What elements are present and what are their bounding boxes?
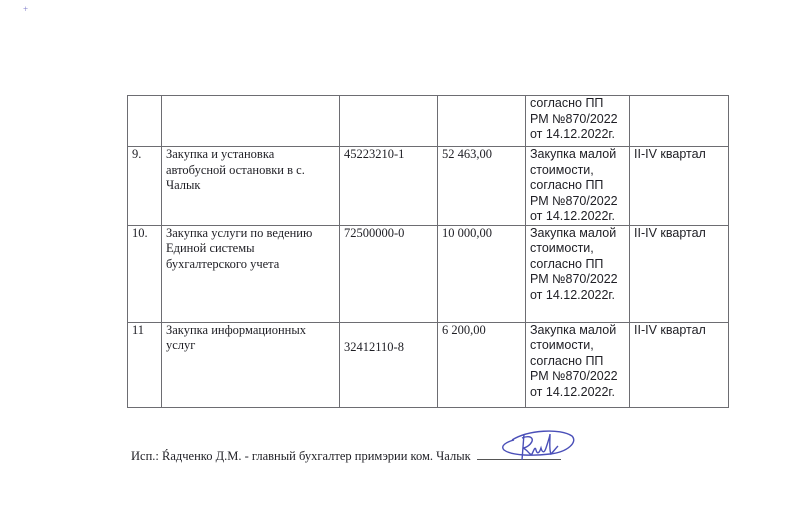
method-line: РМ №870/2022	[530, 369, 625, 385]
cell-sum: 52 463,00	[438, 147, 526, 226]
signature-icon	[498, 426, 578, 466]
table-row: 9. Закупка и установка автобусной остано…	[128, 147, 729, 226]
cpv-code: 32412110-8	[344, 323, 433, 356]
cell-sum	[438, 96, 526, 147]
method-line: Закупка малой	[530, 226, 625, 242]
method-line: согласно ПП	[530, 257, 625, 273]
method-line: согласно ПП	[530, 96, 625, 112]
executor-text: Исп.: Ŕадченко Д.М. - главный бухгалтер …	[131, 449, 471, 463]
cell-term: II-IV квартал	[630, 322, 729, 407]
cell-method: Закупка малой стоимости, согласно ПП РМ …	[526, 147, 630, 226]
method-line: согласно ПП	[530, 354, 625, 370]
cell-name	[162, 96, 340, 147]
method-line: согласно ПП	[530, 178, 625, 194]
cell-name: Закупка услуги по ведению Единой системы…	[162, 225, 340, 322]
cell-term: II-IV квартал	[630, 147, 729, 226]
method-line: от 14.12.2022г.	[530, 209, 625, 225]
cell-cpv: 72500000-0	[340, 225, 438, 322]
cell-method: согласно ПП РМ №870/2022 от 14.12.2022г.	[526, 96, 630, 147]
method-line: от 14.12.2022г.	[530, 288, 625, 304]
method-line: от 14.12.2022г.	[530, 385, 625, 401]
method-line: РМ №870/2022	[530, 194, 625, 210]
cell-number: 9.	[128, 147, 162, 226]
cell-number: 11	[128, 322, 162, 407]
method-line: стоимости,	[530, 163, 625, 179]
cell-cpv: 32412110-8	[340, 322, 438, 407]
table-row: 10. Закупка услуги по ведению Единой сис…	[128, 225, 729, 322]
cell-cpv: 45223210-1	[340, 147, 438, 226]
cell-name: Закупка и установка автобусной остановки…	[162, 147, 340, 226]
method-line: Закупка малой	[530, 147, 625, 163]
cell-number	[128, 96, 162, 147]
table-row: 11 Закупка информационных услуг 32412110…	[128, 322, 729, 407]
method-line: Закупка малой	[530, 323, 625, 339]
method-line: стоимости,	[530, 241, 625, 257]
scan-corner-mark-icon: +	[23, 6, 29, 12]
executor-footer: Исп.: Ŕадченко Д.М. - главный бухгалтер …	[131, 449, 561, 464]
cell-sum: 10 000,00	[438, 225, 526, 322]
cell-method: Закупка малой стоимости, согласно ПП РМ …	[526, 322, 630, 407]
table-row-continued: согласно ПП РМ №870/2022 от 14.12.2022г.	[128, 96, 729, 147]
cell-number: 10.	[128, 225, 162, 322]
cell-sum: 6 200,00	[438, 322, 526, 407]
method-line: РМ №870/2022	[530, 112, 625, 128]
method-line: стоимости,	[530, 338, 625, 354]
cell-cpv	[340, 96, 438, 147]
method-line: от 14.12.2022г.	[530, 127, 625, 143]
cell-method: Закупка малой стоимости, согласно ПП РМ …	[526, 225, 630, 322]
cell-name: Закупка информационных услуг	[162, 322, 340, 407]
cell-term: II-IV квартал	[630, 225, 729, 322]
method-line: РМ №870/2022	[530, 272, 625, 288]
procurement-plan-table: согласно ПП РМ №870/2022 от 14.12.2022г.…	[127, 95, 729, 408]
cell-term	[630, 96, 729, 147]
